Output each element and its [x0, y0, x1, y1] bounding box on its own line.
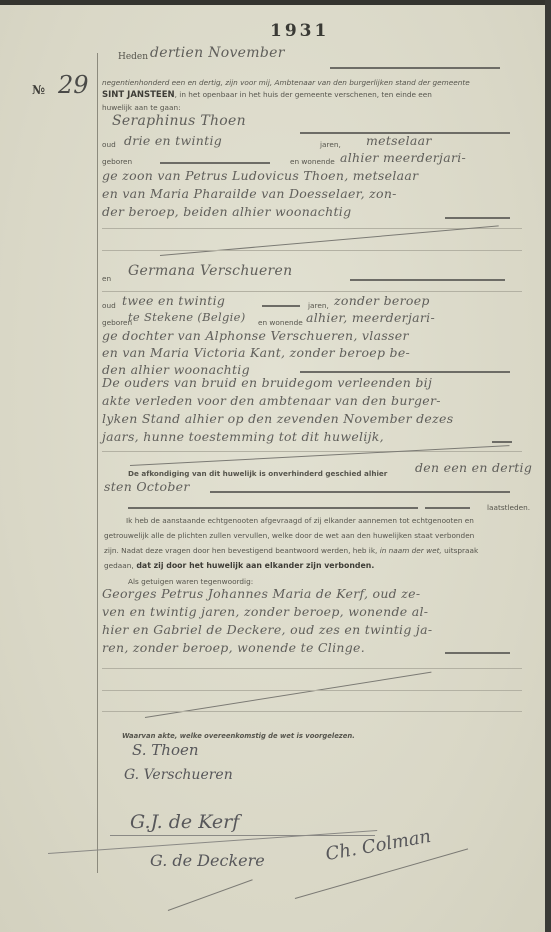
witness-fill-line: [445, 652, 510, 654]
date-fill-line: [330, 67, 500, 69]
witness-line-3: hier en Gabriel de Deckere, oud zes en t…: [102, 622, 432, 637]
declaration-line-2: getrouwelijk alle de plichten zullen ver…: [104, 531, 474, 540]
witness-line-1: Georges Petrus Johannes Maria de Kerf, o…: [102, 586, 420, 601]
groom-age: drie en twintig: [124, 133, 222, 148]
municipality-name: SINT JANSTEEN: [102, 90, 175, 100]
groom-detail-line-3: der beroep, beiden alhier woonachtig: [102, 204, 351, 219]
bride-oud-label: oud: [102, 301, 116, 310]
bride-detail-line-2: en van Maria Victoria Kant, zonder beroe…: [102, 345, 410, 360]
strike-through-line: [160, 225, 499, 256]
record-number: 29: [58, 71, 89, 99]
groom-detail-line-2: en van Maria Pharailde van Doesselaer, z…: [102, 186, 397, 201]
proclamation-fill-line-3: [425, 507, 470, 509]
witness-line-4: ren, zonder beroep, wonende te Clinge.: [102, 640, 365, 655]
ruled-line: [102, 451, 522, 452]
groom-birthplace-fill-line: [160, 162, 270, 164]
declaration-line-1: Ik heb de aanstaande echtgenooten afgevr…: [126, 516, 474, 525]
bride-jaren-label: jaren,: [308, 301, 329, 310]
declaration-line-3-start: zijn. Nadat deze vragen door hen bevesti…: [104, 546, 377, 555]
signature-underline: [110, 835, 375, 836]
bride-age-fill-line: [262, 305, 300, 307]
bride-name-fill-line: [350, 279, 505, 281]
opening-line-2-rest: , in het openbaar in het huis der gemeen…: [175, 90, 432, 99]
bride-age: twee en twintig: [122, 293, 225, 308]
declaration-line-3: zijn. Nadat deze vragen door hen bevesti…: [104, 546, 478, 555]
bride-en-label: en: [102, 274, 111, 283]
bride-wonende-label: en wonende: [258, 318, 303, 327]
consent-line-4: jaars, hunne toestemming tot dit huwelij…: [102, 429, 384, 444]
declaration-line-3-end: uitspraak: [442, 546, 478, 555]
declaration-bold-clause: dat zij door het huwelijk aan elkander z…: [134, 561, 375, 570]
proclamation-date-1: den een en dertig: [415, 460, 532, 475]
consent-fill-line: [492, 441, 512, 443]
bride-occupation: zonder beroep: [334, 293, 430, 308]
laatstleden-label: laatstleden.: [487, 503, 530, 512]
ruled-line: [102, 250, 522, 251]
proclamation-fill-line: [210, 491, 510, 493]
opening-line-2: SINT JANSTEEN, in het openbaar in het hu…: [102, 90, 432, 100]
consent-line-1: De ouders van bruid en bruidegom verleen…: [102, 375, 432, 390]
ruled-line: [102, 690, 522, 691]
proclamation-fill-line-2: [128, 507, 418, 509]
bride-residence: alhier, meerderjari-: [306, 310, 435, 325]
bride-birthplace: te Stekene (Belgie): [128, 310, 245, 324]
marriage-date-handwritten: dertien November: [150, 45, 285, 61]
record-number-label: №: [32, 83, 45, 97]
groom-oud-label: oud: [102, 140, 116, 149]
witnesses-label: Als getuigen waren tegenwoordig:: [128, 577, 253, 586]
declaration-line-4: gedaan, dat zij door het huwelijk aan el…: [104, 561, 374, 570]
signature-witness-2: G. de Deckere: [150, 851, 265, 870]
consent-line-3: lyken Stand alhier op den zevenden Novem…: [102, 411, 453, 426]
margin-rule: [97, 53, 98, 873]
ruled-line: [102, 291, 522, 292]
bride-detail-fill-line: [300, 371, 510, 373]
signature-witness-1: G.J. de Kerf: [130, 811, 239, 833]
proclamation-date-2: sten October: [104, 479, 190, 494]
groom-residence: alhier meerderjari-: [340, 150, 466, 165]
civil-register-page: 1931 № 29 Heden dertien November negenti…: [0, 5, 545, 932]
closing-text: Waarvan akte, welke overeenkomstig de we…: [122, 732, 355, 740]
declaration-line-4-start: gedaan,: [104, 561, 134, 570]
groom-geboren-label: geboren: [102, 157, 132, 166]
scan-right-border: [545, 0, 551, 932]
heden-label: Heden: [118, 52, 148, 62]
groom-occupation: metselaar: [366, 133, 432, 148]
consent-line-2: akte verleden voor den ambtenaar van den…: [102, 393, 441, 408]
proclamation-text: De afkondiging van dit huwelijk is onver…: [128, 469, 387, 478]
groom-wonende-label: en wonende: [290, 157, 335, 166]
groom-detail-line-1: ge zoon van Petrus Ludovicus Thoen, mets…: [102, 168, 418, 183]
ruled-line: [102, 711, 522, 712]
page-year: 1931: [270, 21, 329, 41]
witness-line-2: ven en twintig jaren, zonder beroep, won…: [102, 604, 428, 619]
signature-groom: S. Thoen: [132, 741, 199, 759]
in-naam-der-wet: in naam der wet,: [377, 546, 441, 555]
groom-detail-fill-line: [445, 217, 510, 219]
groom-name: Seraphinus Thoen: [112, 113, 246, 129]
bride-detail-line-1: ge dochter van Alphonse Verschueren, vla…: [102, 328, 409, 343]
opening-line-3: huwelijk aan te gaan:: [102, 103, 181, 112]
signature-bride: G. Verschueren: [124, 767, 233, 783]
groom-jaren-label: jaren,: [320, 140, 341, 149]
signature-official-flourish: [295, 848, 468, 899]
ruled-line: [102, 668, 522, 669]
signature-flourish: [168, 879, 253, 911]
opening-line-1: negentienhonderd een en dertig, zijn voo…: [102, 78, 470, 87]
bride-name: Germana Verschueren: [128, 263, 292, 279]
